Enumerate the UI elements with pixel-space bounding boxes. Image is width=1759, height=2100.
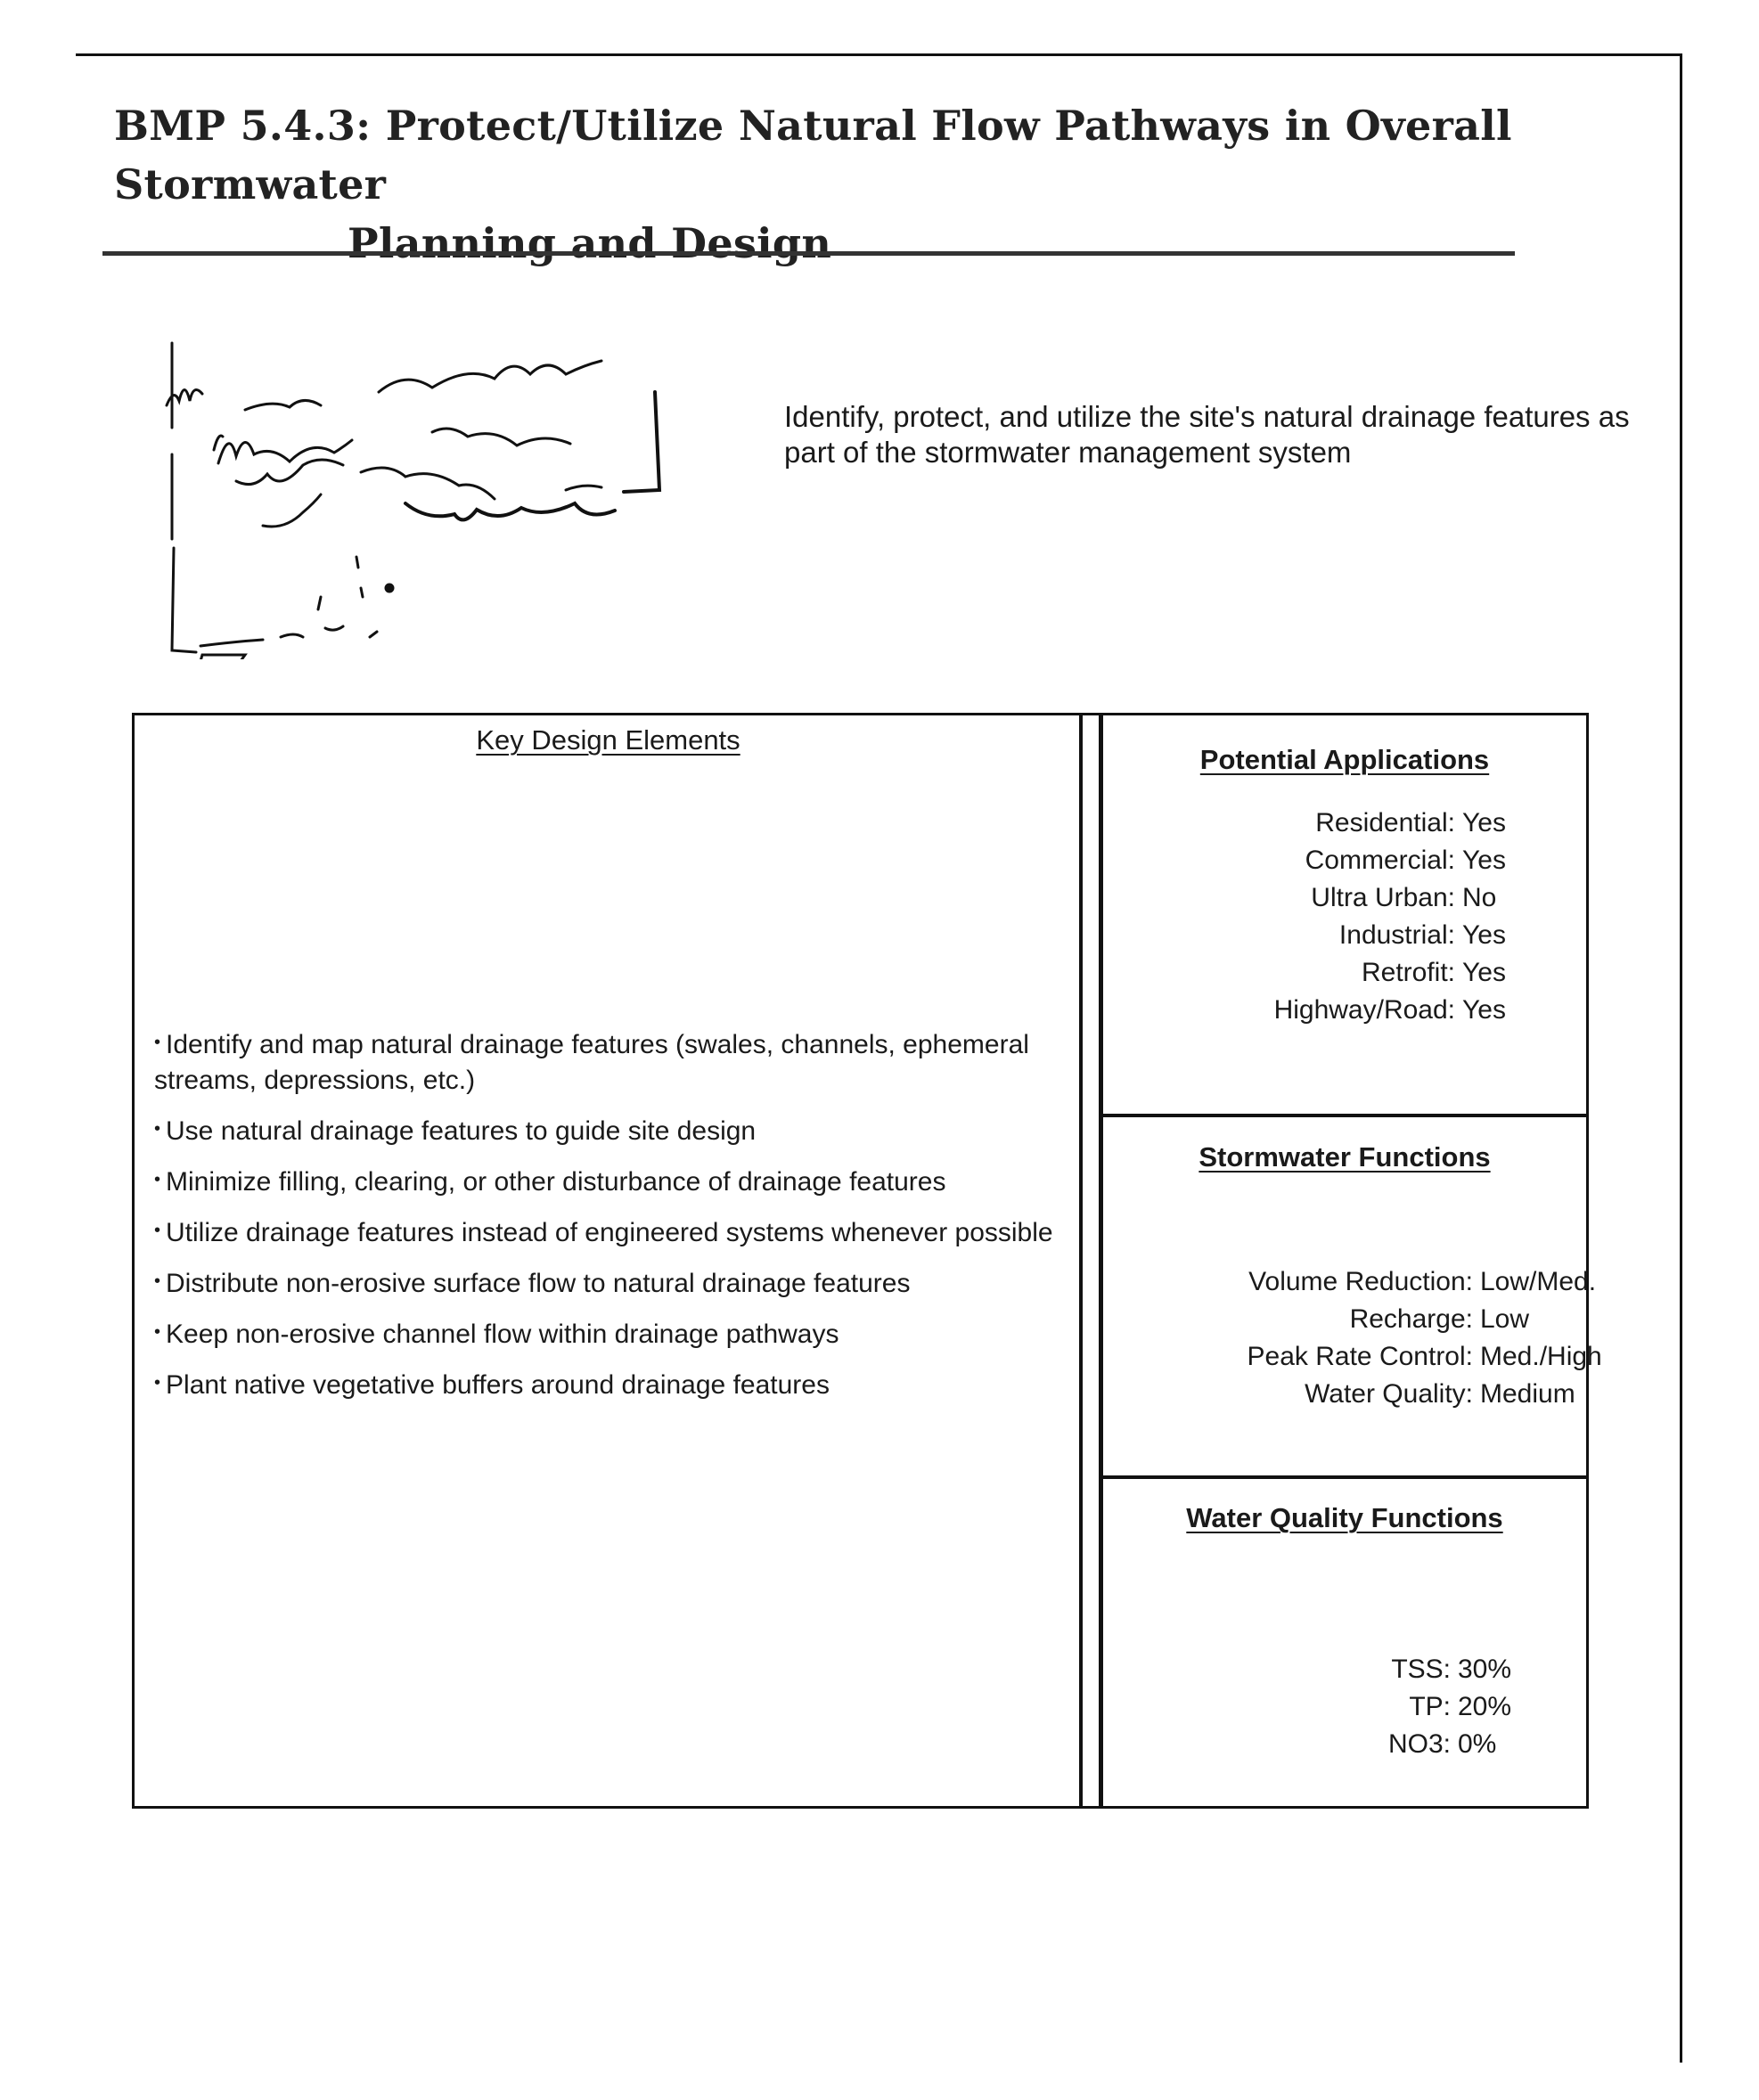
list-item: •Use natural drainage features to guide … [154, 1114, 1063, 1149]
list-item: Retrofit:Yes [1166, 954, 1506, 992]
bullet-icon: • [154, 1170, 160, 1189]
list-item: Water Quality:Medium [1121, 1376, 1602, 1413]
list-item: •Minimize filling, clearing, or other di… [154, 1164, 1063, 1200]
bullet-icon: • [154, 1373, 160, 1393]
list-item: Commercial:Yes [1166, 842, 1506, 879]
list-item: •Keep non-erosive channel flow within dr… [154, 1317, 1063, 1352]
list-item: •Plant native vegetative buffers around … [154, 1368, 1063, 1403]
key-design-elements-panel: Key Design Elements •Identify and map na… [135, 715, 1082, 1806]
natural-drainage-sketch-icon [147, 330, 771, 659]
design-table: Key Design Elements •Identify and map na… [132, 713, 1589, 1809]
page-frame-top [76, 53, 1682, 56]
list-item: Volume Reduction:Low/Med. [1121, 1263, 1602, 1301]
list-item: Ultra Urban:No [1166, 879, 1506, 917]
water-quality-functions-heading: Water Quality Functions [1103, 1502, 1586, 1534]
potential-applications-heading: Potential Applications [1103, 744, 1586, 776]
bullet-icon: • [154, 1271, 160, 1291]
title-divider [102, 251, 1515, 256]
list-item: Industrial:Yes [1166, 917, 1506, 954]
water-quality-functions-section: Water Quality Functions TSS:30% TP:20% N… [1103, 1477, 1586, 1806]
key-design-elements-heading: Key Design Elements [135, 724, 1082, 756]
title-line-1: BMP 5.4.3: Protect/Utilize Natural Flow … [114, 102, 1512, 208]
key-design-elements-list: •Identify and map natural drainage featu… [154, 1027, 1063, 1418]
title-line-2: Planning and Design [114, 214, 1682, 273]
potential-applications-list: Residential:Yes Commercial:Yes Ultra Urb… [1166, 805, 1506, 1029]
stormwater-functions-list: Volume Reduction:Low/Med. Recharge:Low P… [1121, 1263, 1602, 1413]
potential-applications-section: Potential Applications Residential:Yes C… [1103, 715, 1586, 1116]
column-divider [1079, 713, 1083, 1809]
bullet-icon: • [154, 1033, 160, 1052]
list-item: •Identify and map natural drainage featu… [154, 1027, 1063, 1099]
list-item: Highway/Road:Yes [1166, 992, 1506, 1029]
bmp-summary: Identify, protect, and utilize the site'… [784, 399, 1640, 470]
list-item: TSS:30% [1281, 1651, 1511, 1688]
list-item: NO3:0% [1281, 1726, 1511, 1763]
list-item: •Distribute non-erosive surface flow to … [154, 1266, 1063, 1302]
page-frame-right [1680, 53, 1682, 2063]
stormwater-functions-heading: Stormwater Functions [1103, 1141, 1586, 1173]
list-item: •Utilize drainage features instead of en… [154, 1215, 1063, 1251]
list-item: Recharge:Low [1121, 1301, 1602, 1338]
list-item: TP:20% [1281, 1688, 1511, 1726]
list-item: Residential:Yes [1166, 805, 1506, 842]
bmp-properties-panel: Potential Applications Residential:Yes C… [1103, 715, 1586, 1806]
bullet-icon: • [154, 1322, 160, 1342]
list-item: Peak Rate Control:Med./High [1121, 1338, 1602, 1376]
stormwater-functions-section: Stormwater Functions Volume Reduction:Lo… [1103, 1116, 1586, 1477]
bullet-icon: • [154, 1119, 160, 1139]
bullet-icon: • [154, 1221, 160, 1240]
page-title: BMP 5.4.3: Protect/Utilize Natural Flow … [114, 96, 1682, 273]
water-quality-functions-list: TSS:30% TP:20% NO3:0% [1281, 1651, 1511, 1763]
